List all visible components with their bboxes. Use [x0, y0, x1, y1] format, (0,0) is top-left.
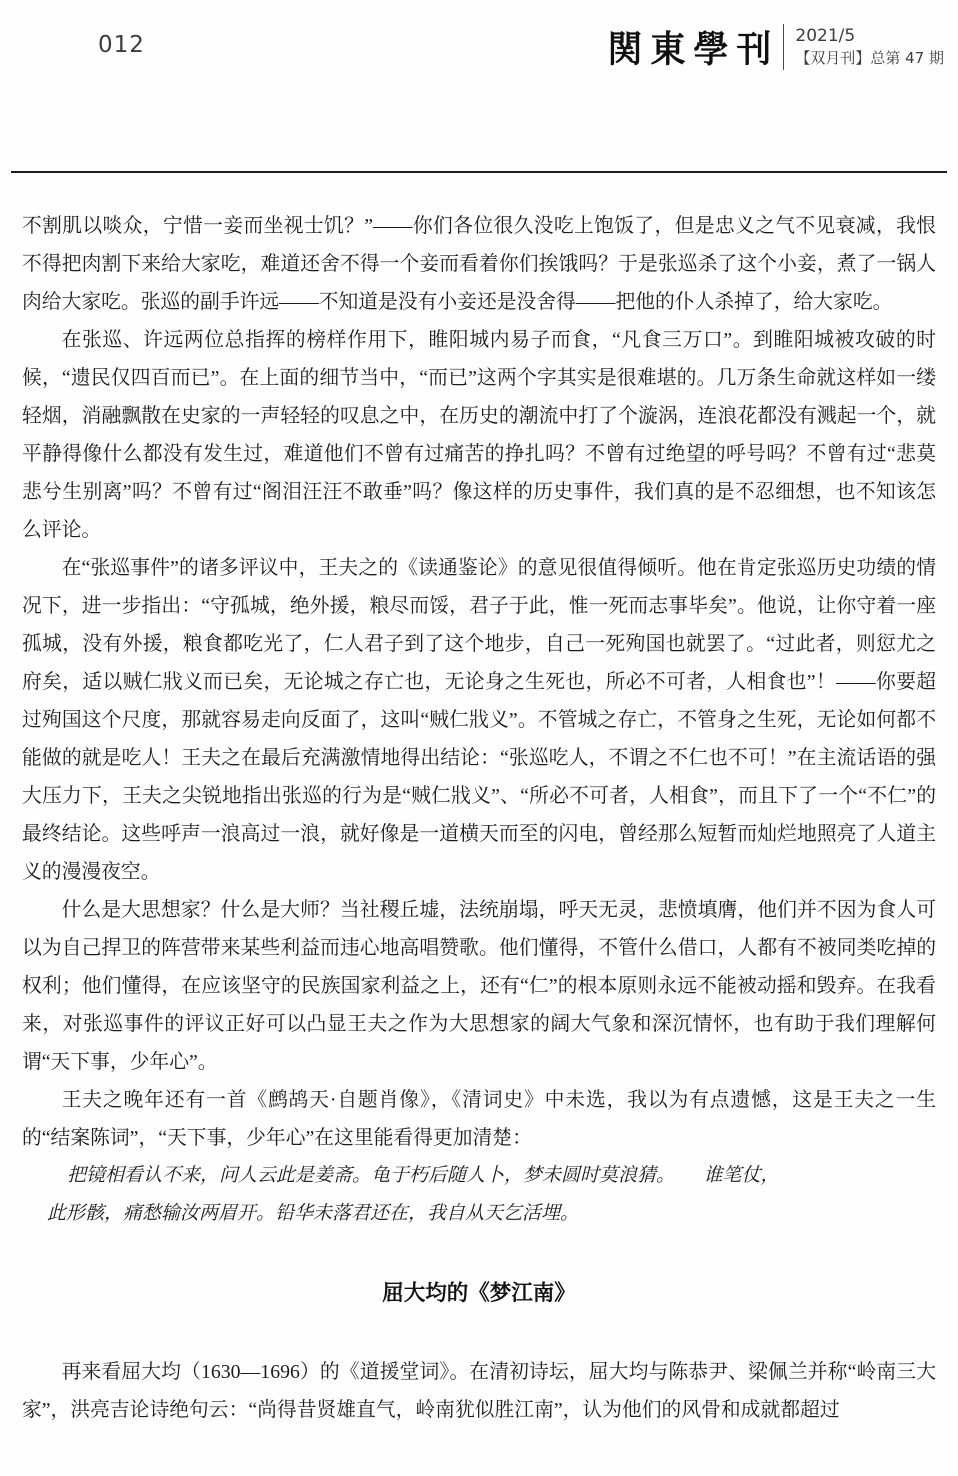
paragraph-continuation: 不割肌以啖众，宁惜一妾而坐视士饥？”——你们各位很久没吃上饱饭了，但是忠义之气不…	[22, 207, 936, 321]
poem-line: 把镜相看认不来，问人云此是姜斋。龟于朽后随人卜，梦未圆时莫浪猜。 谁笔仗，	[22, 1157, 936, 1195]
poem-line: 此形骸，痛愁输汝两眉开。铅华未落君还在，我自从天乞活埋。	[22, 1195, 936, 1233]
page-number: 012	[98, 32, 145, 58]
paragraph: 什么是大思想家？什么是大师？当社稷丘墟，法统崩塌，呼天无灵，悲愤填膺，他们并不因…	[22, 891, 936, 1081]
paragraph: 再来看屈大均（1630—1696）的《道援堂词》。在清初诗坛，屈大均与陈恭尹、梁…	[22, 1353, 936, 1429]
journal-logo: 関東學刊	[607, 21, 779, 73]
paragraph: 在张巡、许远两位总指挥的榜样作用下，睢阳城内易子而食，“凡食三万口”。到睢阳城被…	[22, 321, 936, 549]
masthead-divider	[783, 24, 784, 70]
masthead: 関東學刊 2021/5 【双月刊】总第 47 期	[607, 22, 944, 72]
header-rule	[11, 171, 947, 173]
section-heading: 屈大均的《梦江南》	[22, 1275, 936, 1313]
paragraph: 在“张巡事件”的诸多评议中，王夫之的《读通鉴论》的意见很值得倾听。他在肯定张巡历…	[22, 549, 936, 891]
poem-quote: 把镜相看认不来，问人云此是姜斋。龟于朽后随人卜，梦未圆时莫浪猜。 谁笔仗， 此形…	[22, 1157, 936, 1233]
journal-page: 012 関東學刊 2021/5 【双月刊】总第 47 期 不割肌以啖众，宁惜一妾…	[0, 0, 958, 1476]
issue-info: 2021/5 【双月刊】总第 47 期	[795, 25, 944, 69]
issue-frequency: 【双月刊】总第 47 期	[795, 48, 944, 69]
paragraph: 王夫之晚年还有一首《鹧鸪天·自题肖像》，《清词史》中未选，我以为有点遗憾，这是王…	[22, 1081, 936, 1157]
article-body: 不割肌以啖众，宁惜一妾而坐视士饥？”——你们各位很久没吃上饱饭了，但是忠义之气不…	[22, 207, 936, 1429]
issue-volume: 2021/5	[795, 25, 944, 48]
